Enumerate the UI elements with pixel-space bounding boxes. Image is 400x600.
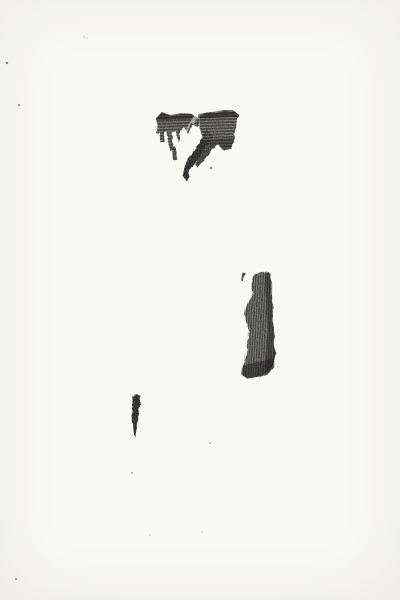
paper-speck — [149, 534, 151, 536]
paper-speck — [86, 37, 88, 39]
strip-comma-speck — [240, 271, 244, 279]
paper-speck — [18, 104, 20, 106]
paper-speck — [201, 531, 203, 533]
hatch-stroke — [237, 267, 243, 381]
ink-detached-dash — [171, 145, 176, 159]
paper-speck — [131, 472, 133, 474]
paper-speck — [210, 167, 212, 169]
paper-background — [0, 0, 400, 600]
paper-speck — [209, 442, 211, 444]
hatch-stroke — [273, 269, 279, 383]
paper-speck — [83, 36, 85, 38]
scanned-drawing — [0, 0, 400, 600]
wedge-mass — [131, 394, 140, 438]
ink-splinter-tip — [183, 161, 189, 181]
paper-speck — [15, 578, 17, 580]
hatch-stroke — [236, 267, 242, 381]
hatch-stroke — [272, 269, 278, 383]
ink-fragment-wedge — [131, 394, 140, 438]
paper-speck — [6, 62, 8, 64]
